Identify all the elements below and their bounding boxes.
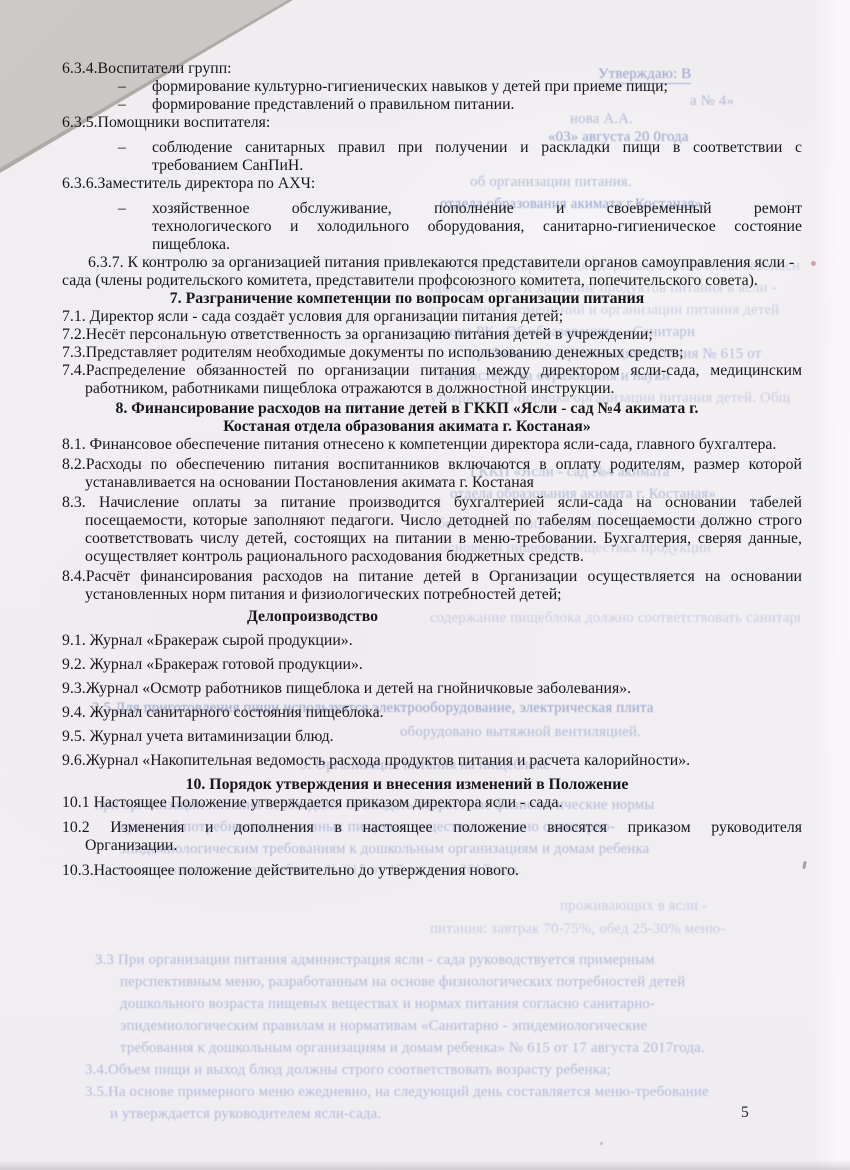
clause-6-3-4-heading: 6.3.4.Воспитатели групп: <box>62 60 802 78</box>
clause-10-3: 10.3.Настооящее положение действительно … <box>62 862 802 880</box>
dash-bullet: – <box>116 78 152 96</box>
clause-10-2-line2: Организации. <box>62 837 802 855</box>
clause-10-2: 10.2 Изменения и дополнения в настоящее … <box>62 819 802 855</box>
clause-6-3-4-bullets: – формирование культурно-гигиенических н… <box>116 78 802 114</box>
scanned-document-page: Утверждаю: В а № 4» нова А.А. «03» авгус… <box>0 0 850 1170</box>
clause-6-3-6-bullets: – хозяйственное обслуживание, пополнение… <box>116 200 802 254</box>
bleedthrough-line: дошкольного возраста пищевых веществах и… <box>120 996 655 1013</box>
clause-6-3-5-heading: 6.3.5.Помощники воспитателя: <box>62 114 802 132</box>
bullet-text: формирование представлений о правильном … <box>152 96 802 114</box>
bullet-item: – формирование представлений о правильно… <box>116 96 802 114</box>
scan-edge-shadow <box>0 1160 850 1170</box>
clause-9-6: 9.6.Журнал «Накопительная ведомость расх… <box>62 752 802 770</box>
scan-noise-speck <box>811 261 816 266</box>
bleedthrough-line: питания: завтрак 70-75%, обед 25-30% мен… <box>430 921 725 938</box>
dash-bullet: – <box>116 200 152 254</box>
bullet-text-line: хозяйственное обслуживание, пополнение и… <box>152 200 802 218</box>
section-9-heading: Делопроизводство <box>247 608 378 626</box>
bleedthrough-line: 3.4.Объем пищи и выход блюд должны строг… <box>85 1062 611 1079</box>
scan-noise-speck <box>600 1142 603 1145</box>
clause-9-2: 9.2. Журнал «Бракераж готовой продукции»… <box>62 656 802 674</box>
bleedthrough-line: перспективным меню, разработанным на осн… <box>120 974 685 991</box>
bleedthrough-line: и утверждается руководителем ясли-сада. <box>110 1106 381 1123</box>
bullet-item: – хозяйственное обслуживание, пополнение… <box>116 200 802 254</box>
bullet-text: формирование культурно-гигиенических нав… <box>152 78 802 96</box>
bullet-text: хозяйственное обслуживание, пополнение и… <box>152 200 802 254</box>
section-8-heading-line1: 8. Финансирование расходов на питание де… <box>62 400 802 418</box>
document-body: 6.3.4.Воспитатели групп: – формирование … <box>62 60 802 880</box>
bullet-text-line: технологического и холодильного оборудов… <box>152 218 802 254</box>
clause-7-4: 7.4.Распределение обязанностей по органи… <box>62 362 802 398</box>
bleedthrough-line: эпидемиологическим правилам и нормативам… <box>120 1018 647 1035</box>
clause-6-3-5-bullets: – соблюдение санитарных правил при получ… <box>116 139 802 175</box>
bleedthrough-line: 3.3 При организации питания администраци… <box>95 952 655 969</box>
bleedthrough-line: требования к дошкольным организациям и д… <box>120 1040 705 1057</box>
page-number: 5 <box>741 1104 749 1122</box>
clause-9-4: 9.4. Журнал санитарного состояния пищебл… <box>62 704 802 722</box>
bleedthrough-line: 3.5.На основе примерного меню ежедневно,… <box>85 1084 709 1101</box>
clause-10-1: 10.1 Настоящее Положение утверждается пр… <box>62 794 802 812</box>
clause-8-2: 8.2.Расходы по обеспечению питания воспи… <box>62 456 802 492</box>
clause-7-1: 7.1. Директор ясли - сада создаёт услови… <box>62 308 802 326</box>
bullet-item: – соблюдение санитарных правил при получ… <box>116 139 802 175</box>
dash-bullet: – <box>116 139 152 175</box>
section-7-heading: 7. Разграничение компетенции по вопросам… <box>62 290 802 308</box>
bullet-text: соблюдение санитарных правил при получен… <box>152 139 802 175</box>
clause-8-4: 8.4.Расчёт финансирования расходов на пи… <box>62 568 802 604</box>
bullet-item: – формирование культурно-гигиенических н… <box>116 78 802 96</box>
clause-10-2-line1: 10.2 Изменения и дополнения в настоящее … <box>62 819 802 837</box>
bleedthrough-line: проживающих в ясли - <box>560 898 707 915</box>
clause-9-3: 9.3.Журнал «Осмотр работников пищеблока … <box>62 680 802 698</box>
dash-bullet: – <box>116 96 152 114</box>
section-10-heading: 10. Порядок утверждения и внесения измен… <box>62 776 802 794</box>
clause-9-5: 9.5. Журнал учета витаминизации блюд. <box>62 728 802 746</box>
clause-7-2: 7.2.Несёт персональную ответственность з… <box>62 326 802 344</box>
clause-9-1: 9.1. Журнал «Бракераж сырой продукции». <box>62 632 802 650</box>
clause-6-3-6-heading: 6.3.6.Заместитель директора по АХЧ: <box>62 175 802 193</box>
section-8-heading-line2: Костаная отдела образования акимата г. К… <box>62 418 802 436</box>
clause-7-3: 7.3.Представляет родителям необходимые д… <box>62 344 802 362</box>
clause-8-3: 8.3. Начисление оплаты за питание произв… <box>62 494 802 566</box>
clause-8-1: 8.1. Финансовое обеспечение питания отне… <box>62 436 802 454</box>
clause-6-3-7: 6.3.7. К контролю за организацией питани… <box>62 254 802 290</box>
